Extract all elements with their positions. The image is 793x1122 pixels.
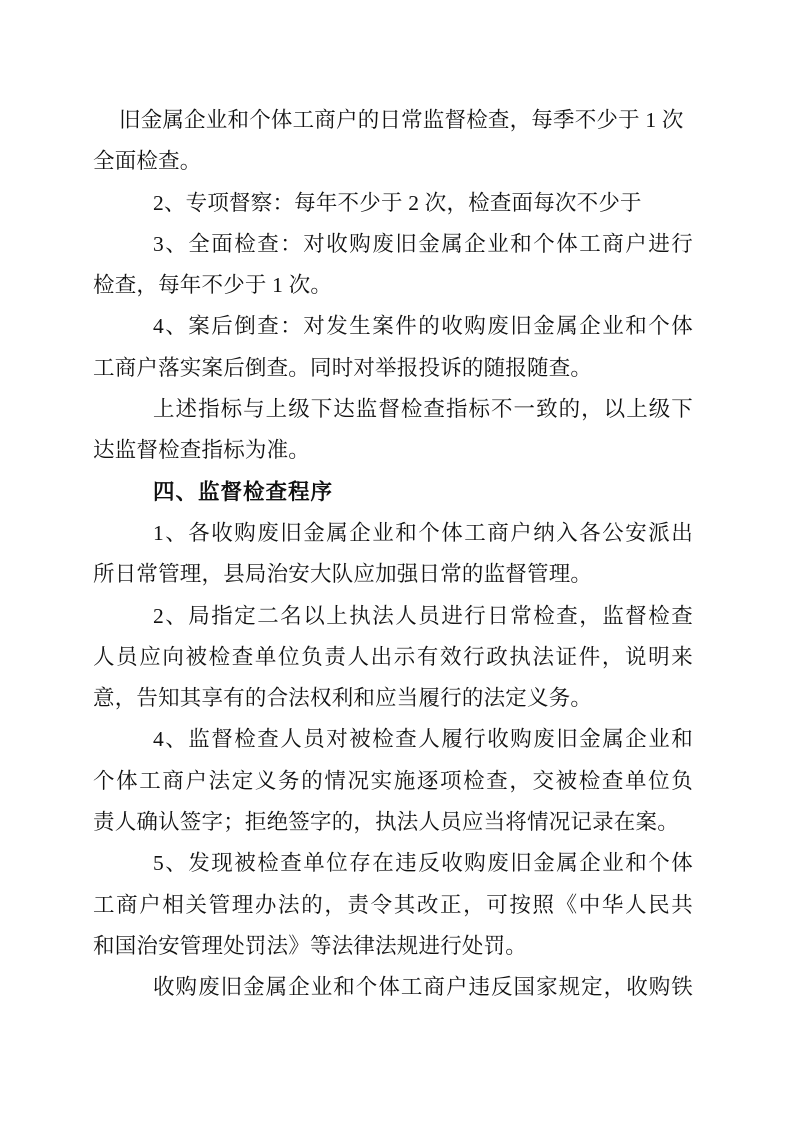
document-line: 检查，每年不少于 1 次。 bbox=[93, 265, 693, 306]
document-line: 工商户相关管理办法的，责令其改正，可按照《中华人民共 bbox=[93, 885, 693, 926]
document-line: 工商户落实案后倒查。同时对举报投诉的随报随查。 bbox=[93, 348, 693, 389]
document-line: 全面检查。 bbox=[93, 141, 693, 182]
document-line: 4、案后倒查：对发生案件的收购废旧金属企业和个体 bbox=[93, 306, 693, 347]
document-line: 人员应向被检查单位负责人出示有效行政执法证件，说明来 bbox=[93, 637, 693, 678]
document-line: 达监督检查指标为准。 bbox=[93, 430, 693, 471]
document-line: 和国治安管理处罚法》等法律法规进行处罚。 bbox=[93, 926, 693, 967]
document-line: 意，告知其享有的合法权利和应当履行的法定义务。 bbox=[93, 678, 693, 719]
document-line: 5、发现被检查单位存在违反收购废旧金属企业和个体 bbox=[93, 843, 693, 884]
document-line: 个体工商户法定义务的情况实施逐项检查，交被检查单位负 bbox=[93, 761, 693, 802]
document-line: 4、监督检查人员对被检查人履行收购废旧金属企业和 bbox=[93, 719, 693, 760]
document-line: 收购废旧金属企业和个体工商户违反国家规定，收购铁 bbox=[93, 967, 693, 1008]
document-line: 1、各收购废旧金属企业和个体工商户纳入各公安派出 bbox=[93, 513, 693, 554]
document-line: 上述指标与上级下达监督检查指标不一致的，以上级下 bbox=[93, 389, 693, 430]
section-heading: 四、监督检查程序 bbox=[93, 472, 693, 513]
document-line: 2、专项督察：每年不少于 2 次，检查面每次不少于 20%。 bbox=[93, 183, 693, 224]
document-line: 旧金属企业和个体工商户的日常监督检查，每季不少于 1 次 bbox=[93, 100, 693, 141]
document-text-block: 旧金属企业和个体工商户的日常监督检查，每季不少于 1 次全面检查。2、专项督察：… bbox=[93, 100, 693, 1009]
document-line: 2、局指定二名以上执法人员进行日常检查，监督检查 bbox=[93, 596, 693, 637]
document-page: 旧金属企业和个体工商户的日常监督检查，每季不少于 1 次全面检查。2、专项督察：… bbox=[0, 0, 793, 1122]
document-line: 3、全面检查：对收购废旧金属企业和个体工商户进行 bbox=[93, 224, 693, 265]
document-line: 责人确认签字；拒绝签字的，执法人员应当将情况记录在案。 bbox=[93, 802, 693, 843]
document-line: 所日常管理，县局治安大队应加强日常的监督管理。 bbox=[93, 554, 693, 595]
